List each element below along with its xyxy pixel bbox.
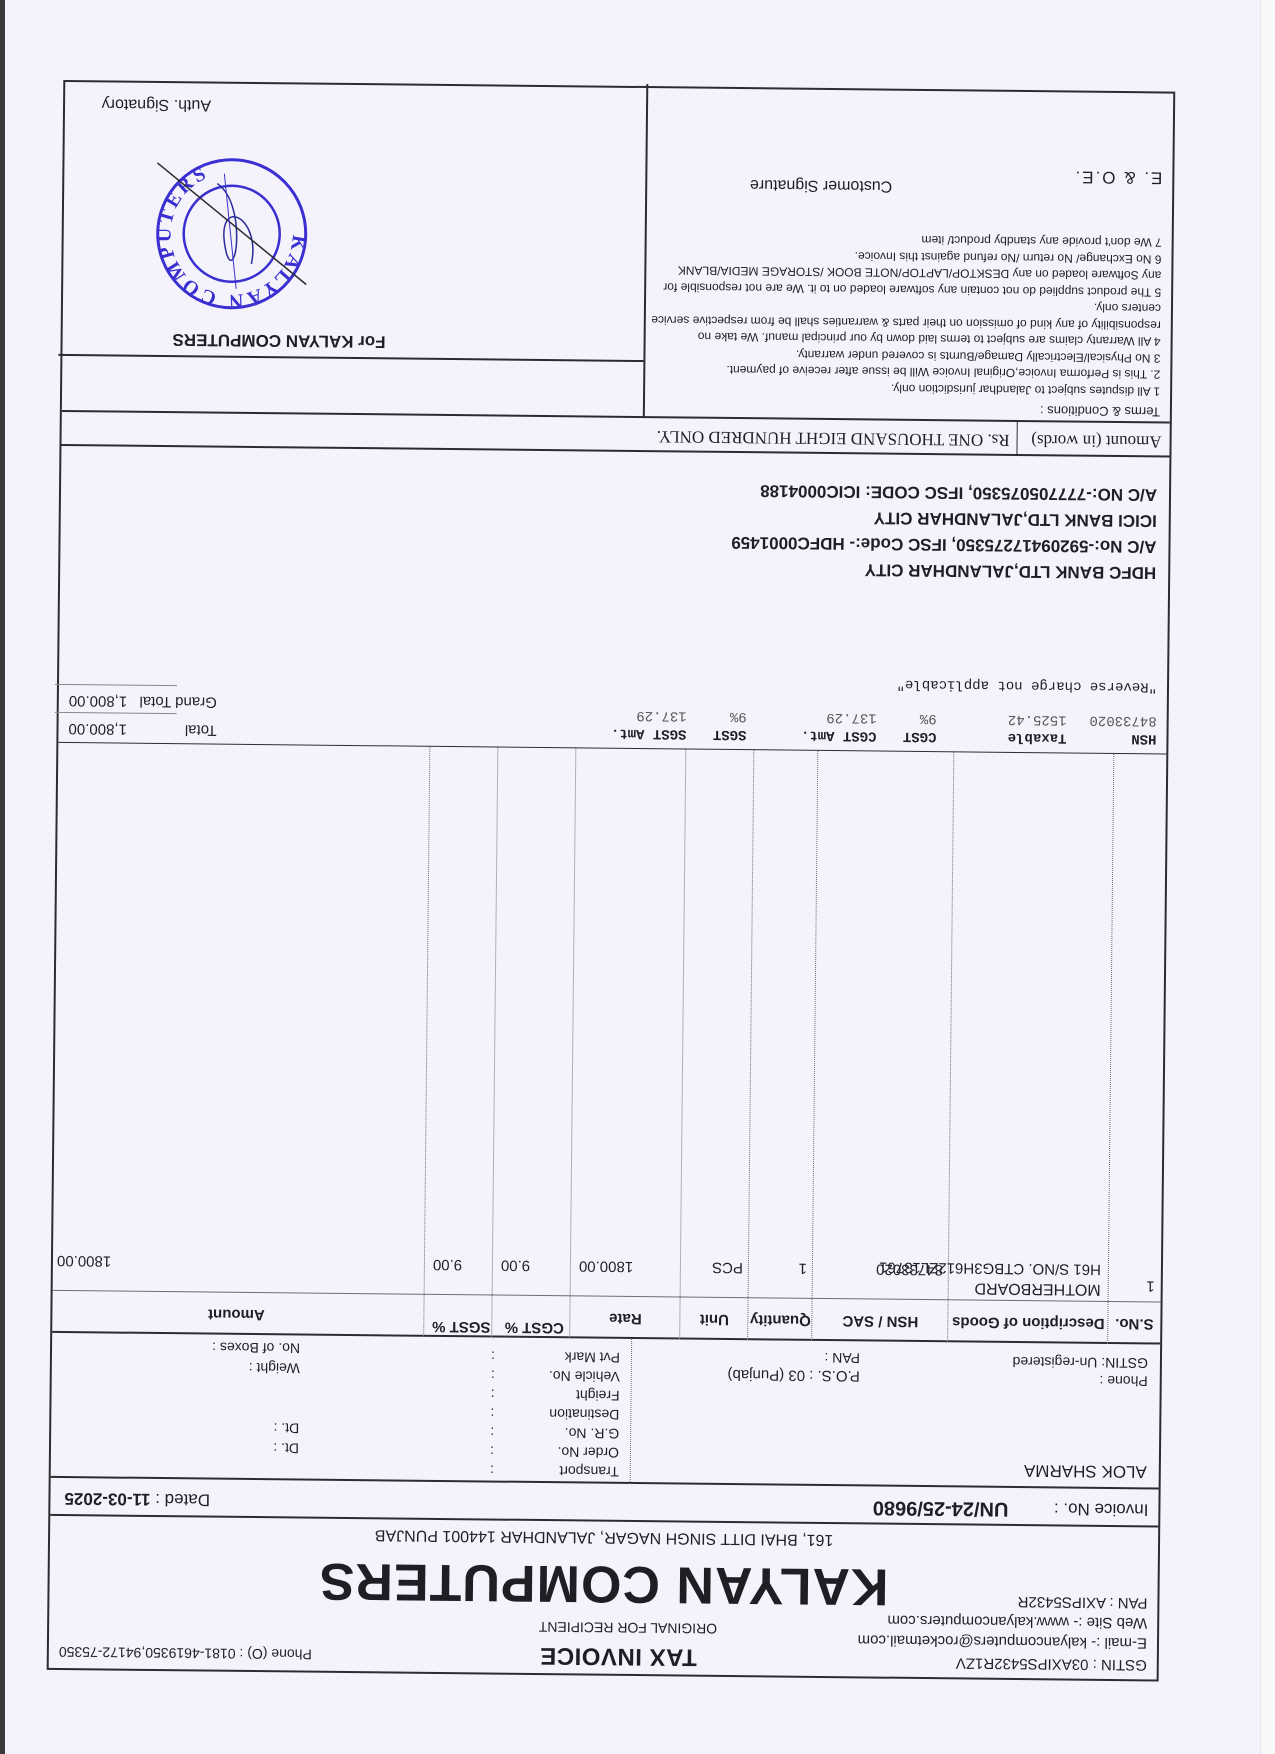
transport-field-sep: :	[491, 1386, 495, 1402]
transport-right-field: Dt. :	[273, 1440, 299, 1456]
transport-right-field: No. of Boxes :	[212, 1340, 300, 1357]
buyer-name: ALOK SHARMA	[1024, 1460, 1147, 1481]
column-header: Description of Goods	[948, 1313, 1108, 1332]
table-cell: 1	[1146, 1277, 1155, 1294]
terms-heading: Terms & Conditions :	[1040, 403, 1160, 419]
tax-summary-header-cell: CGST	[903, 728, 937, 744]
tax-summary-header-cell: Taxable	[1008, 729, 1067, 746]
invoice-number-label: Invoice No. :	[1054, 1498, 1149, 1519]
transport-right-field: Dt. :	[273, 1420, 299, 1436]
transport-field-label: Destination	[549, 1406, 619, 1423]
tax-summary-cell: 137.29	[636, 707, 687, 724]
invoice-date: Dated : 11-03-2025	[64, 1488, 210, 1510]
items-table: S.No.Description of GoodsHSN / SACQuanti…	[52, 743, 1166, 1345]
place-of-supply: P.O.S. : 03 (Punjab)	[727, 1366, 859, 1384]
grand-total-label: Grand Total	[139, 693, 216, 711]
divider	[55, 684, 177, 686]
transport-right-field: Weight :	[249, 1360, 300, 1377]
table-cell: 9.00	[433, 1256, 493, 1274]
icici-bank-name: ICICI BANK LTD,JALANDHAR CITY	[874, 507, 1157, 530]
transport-field-label: Transport	[559, 1463, 619, 1480]
company-name: KALYAN COMPUTERS	[49, 1548, 1158, 1620]
invoice-number: UN/24-25/9680	[873, 1495, 1009, 1519]
column-header: Rate	[570, 1309, 680, 1327]
invoice-sheet: GSTIN : 03AXIPS5432R1ZV TAX INVOICE Phon…	[0, 0, 1275, 1754]
customer-signature: Customer Signature	[750, 175, 892, 194]
transport-field-sep: :	[490, 1462, 494, 1478]
transport-right-fields: Dt. :Dt. :Weight :No. of Boxes :	[99, 1474, 299, 1476]
grand-total-value: 1,800.00	[69, 692, 128, 710]
icici-account: A/C NO:-777705075350, IFSC CODE: ICIC000…	[760, 480, 1157, 504]
column-header: HSN / SAC	[812, 1312, 948, 1330]
hdfc-account: A/C No:-59209417275350, IFSC Code:- HDFC…	[731, 532, 1156, 556]
column-header: SGST %	[430, 1318, 492, 1336]
buyer-section: ALOK SHARMA Phone : GSTIN: Un-registered…	[51, 1333, 1160, 1490]
buyer-gstin: GSTIN: Un-registered	[1012, 1354, 1148, 1371]
invoice-frame: GSTIN : 03AXIPS5432R1ZV TAX INVOICE Phon…	[47, 80, 1176, 1682]
transport-field-sep: :	[491, 1348, 495, 1364]
buyer-phone-label: Phone :	[1099, 1373, 1147, 1390]
tax-summary-header-cell: HSN	[1131, 730, 1156, 746]
total-label: Total	[185, 721, 217, 738]
for-company-label: For KALYAN COMPUTERS	[172, 329, 385, 351]
transport-field: Pvt Mark:	[430, 1348, 620, 1366]
table-cell: 1	[798, 1260, 807, 1277]
tax-summary-cell: 84733020	[1089, 712, 1156, 729]
transport-field: Order No.:	[429, 1443, 619, 1461]
footer-section: Terms & Conditions : 1 All disputes subj…	[62, 78, 1173, 424]
reverse-charge-note: "Reverse charge not applicable"	[897, 676, 1158, 695]
buyer-pan-label: PAN :	[824, 1350, 860, 1366]
company-address: 161, BHAI DITT SINGH NAGAR, JALANDHAR 14…	[50, 1522, 1158, 1552]
tax-summary-cell: 1525.42	[1008, 711, 1067, 728]
table-cell: 84733020	[876, 1261, 943, 1279]
column-header: Amount	[48, 1304, 424, 1325]
auth-signatory: Auth. Signatory	[102, 94, 212, 113]
invoice-header: GSTIN : 03AXIPS5432R1ZV TAX INVOICE Phon…	[49, 1516, 1159, 1680]
seller-gstin: GSTIN : 03AXIPS5432R1ZV	[956, 1654, 1147, 1673]
tax-summary-cell: 9%	[920, 710, 937, 726]
company-stamp-icon: KALYAN COMPUTERS	[141, 143, 323, 325]
transport-field-sep: :	[490, 1443, 494, 1459]
column-header: Quantity	[748, 1311, 812, 1329]
tax-summary-header-cell: CGST Amt.	[801, 727, 877, 744]
tax-summary-header-cell: SGST	[713, 726, 747, 742]
tax-summary-cell: 9%	[730, 708, 747, 724]
document-title: TAX INVOICE	[540, 1641, 697, 1671]
divider	[58, 354, 643, 362]
seller-email[interactable]: E-mail :- kalyancomputers@rocketmail.com	[857, 1631, 1147, 1651]
transport-field-label: Vehicle No.	[549, 1368, 620, 1385]
tax-summary: HSNTaxableCGSTCGST Amt.SGSTSGST Amt. 847…	[58, 663, 1167, 755]
transport-field-label: G.R. No.	[565, 1425, 620, 1442]
transport-fields: Transport:Order No.:G.R. No.:Destination…	[489, 1478, 619, 1479]
table-cell: 9.00	[501, 1257, 571, 1275]
column-header: Unit	[680, 1310, 748, 1328]
transport-field: G.R. No.:	[429, 1424, 619, 1442]
divider	[630, 1339, 633, 1484]
eoe-label: E. & O.E.	[1073, 167, 1162, 188]
transport-field-sep: :	[490, 1405, 494, 1421]
transport-field: Vehicle No.:	[430, 1367, 620, 1385]
column-header: S.No.	[1108, 1315, 1160, 1333]
transport-field-label: Pvt Mark	[565, 1349, 620, 1366]
seller-phone: Phone (O) : 0181-4619350,94172-75350	[59, 1644, 312, 1663]
terms-list: 1 All disputes subject to Jalandhar juri…	[640, 229, 1162, 399]
table-cell: 1800.00	[579, 1257, 681, 1275]
amount-words-value: Rs. ONE THOUSAND EIGHT HUNDRED ONLY.	[657, 426, 1010, 450]
item-description: MOTHERBOARD	[974, 1279, 1100, 1298]
terms-item: 4 All Warranty claims are subject to ter…	[641, 295, 1161, 350]
total-value: 1,800.00	[68, 720, 127, 738]
bank-details: HDFC BANK LTD,JALANDHAR CITY A/C No:-592…	[59, 503, 1169, 675]
transport-field: Freight:	[429, 1386, 619, 1404]
column-header: CGST %	[498, 1319, 570, 1337]
amount-words-label: Amount (in words)	[1031, 430, 1162, 451]
tax-summary-header-cell: SGST Amt.	[611, 725, 687, 742]
transport-field-sep: :	[491, 1367, 495, 1383]
transport-field: Destination:	[429, 1405, 619, 1423]
table-cell: PCS	[712, 1259, 743, 1276]
divider	[55, 712, 177, 714]
transport-field-label: Freight	[576, 1387, 620, 1403]
terms-item: 5 The product supplied do not contain an…	[641, 262, 1161, 300]
transport-field-sep: :	[490, 1424, 494, 1440]
invoice-date-label: Dated :	[155, 1490, 210, 1510]
tax-summary-cell: 137.29	[826, 709, 877, 726]
divider	[1016, 422, 1017, 456]
invoice-date-value: 11-03-2025	[64, 1489, 150, 1509]
transport-field: Transport:	[429, 1462, 619, 1480]
copy-label: ORIGINAL FOR RECIPIENT	[539, 1619, 718, 1637]
table-cell: 1800.00	[57, 1252, 425, 1273]
transport-field-label: Order No.	[557, 1444, 619, 1461]
hdfc-bank-name: HDFC BANK LTD,JALANDHAR CITY	[865, 559, 1157, 582]
